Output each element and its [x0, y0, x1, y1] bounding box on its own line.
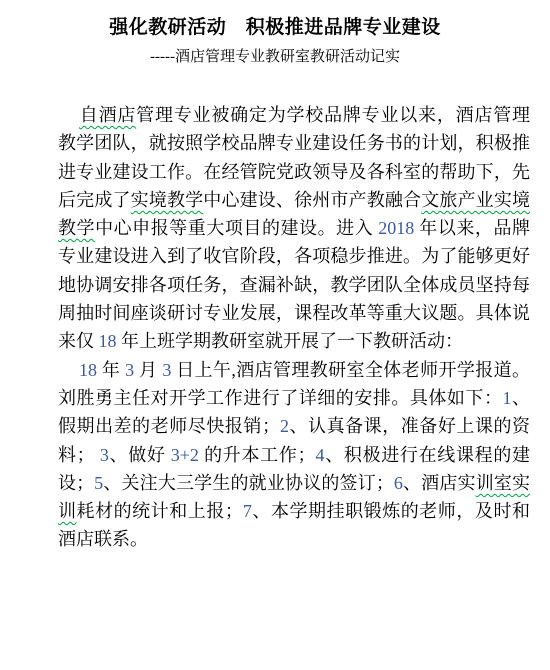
text-line: 来仅 18 年上班学期教研室就开展了一下教研活动：	[58, 327, 530, 355]
text-line: 周抽时间座谈研讨专业发展，课程改革等重大议题。具体说	[58, 299, 530, 327]
text-segment: 料；	[58, 445, 100, 465]
text-segment: 、	[511, 388, 530, 408]
text-line: 进专业建设工作。在经管院党政领导及各科室的帮助下，先	[58, 158, 530, 186]
document-body: 自酒店管理专业被确定为学校品牌专业以来，酒店管理教学团队，就按照学校品牌专业建设…	[58, 101, 530, 554]
text-segment: 耗材的统计和上报；	[77, 501, 243, 521]
numeric-text: 18	[79, 360, 97, 380]
numeric-text: 7	[243, 501, 252, 521]
text-segment: 假期出差的老师尽快报销；	[58, 416, 280, 436]
text-line: 假期出差的老师尽快报销；2、认真备课，准备好上课的资	[58, 412, 530, 440]
text-segment: 年以来，品牌	[414, 218, 530, 238]
text-segment: 后完成了	[58, 190, 131, 210]
numeric-text: 5	[94, 473, 103, 493]
text-segment: 、酒店实	[403, 473, 476, 493]
text-segment: 周抽时间座谈研讨专业发展，课程改革等重大议题。具体说	[58, 303, 530, 323]
text-line: 地协调安排各项任务，查漏补缺，教学团队全体成员坚持每	[58, 271, 530, 299]
text-segment: 、关注大三学生的就业协议的签订；	[103, 473, 394, 493]
text-line: 酒店联系。	[58, 525, 530, 553]
text-line: 训耗材的统计和上报；7、本学期挂职锻炼的老师，及时和	[58, 497, 530, 525]
numeric-text: 2	[280, 416, 289, 436]
text-segment: 月	[134, 360, 162, 380]
spellcheck-underlined-text: 文旅产业实境	[421, 190, 530, 210]
text-segment: 年	[97, 360, 125, 380]
spellcheck-underlined-text: 教学	[58, 218, 95, 238]
text-segment: 、本学期挂职锻炼的老师，及时和	[252, 501, 530, 521]
numeric-text: 3	[162, 360, 171, 380]
page-subtitle: -----酒店管理专业教研室教研活动记实	[0, 47, 550, 68]
text-line: 自酒店管理专业被确定为学校品牌专业以来，酒店管理	[58, 101, 530, 129]
paragraph: 18 年 3 月 3 日上午,酒店管理教研室全体老师开学报道。刘胜勇主任对开学工…	[58, 356, 530, 554]
text-segment: 年上班学期教研室就开展了一下教研活动：	[117, 331, 464, 351]
document-page: 强化教研活动 积极推进品牌专业建设 -----酒店管理专业教研室教研活动记实 自…	[0, 0, 550, 670]
text-segment: 的升本工作；	[199, 445, 316, 465]
numeric-text: 4	[316, 445, 325, 465]
text-segment: 酒店联系。	[58, 529, 148, 549]
text-segment: 、认真备课，准备好上课的资	[289, 416, 530, 436]
text-line: 设；5、关注大三学生的就业协议的签订；6、酒店实训室实	[58, 469, 530, 497]
text-line: 专业建设进入到了收官阶段，各项稳步推进。为了能够更好	[58, 242, 530, 270]
text-segment: 教学团队，就按照学校品牌专业建设任务书的计划，积极推	[58, 133, 530, 153]
text-segment: 、积极进行在线课程的建	[325, 445, 531, 465]
spellcheck-underlined-text: 自酒店	[79, 105, 136, 125]
spellcheck-underlined-text: 训室实	[476, 473, 530, 493]
page-title: 强化教研活动 积极推进品牌专业建设	[0, 0, 550, 41]
numeric-text: 2018	[378, 218, 414, 238]
numeric-text: 3	[100, 445, 109, 465]
numeric-text: 3	[125, 360, 134, 380]
text-segment: 刘胜勇主任对开学工作进行了详细的安排。具体如下：	[58, 388, 502, 408]
numeric-text: 18	[99, 331, 117, 351]
paragraph: 自酒店管理专业被确定为学校品牌专业以来，酒店管理教学团队，就按照学校品牌专业建设…	[58, 101, 530, 356]
text-segment: 专业建设进入到了收官阶段，各项稳步推进。为了能够更好	[58, 246, 530, 266]
text-segment: 、做好	[109, 445, 171, 465]
text-segment: 来仅	[58, 331, 99, 351]
spellcheck-underlined-text: 训	[58, 501, 77, 521]
numeric-text: 3+2	[171, 445, 199, 465]
numeric-text: 6	[394, 473, 403, 493]
text-segment: 中心建设、徐州市产教融合	[203, 190, 421, 210]
text-line: 18 年 3 月 3 日上午,酒店管理教研室全体老师开学报道。	[58, 356, 530, 384]
text-segment: 地协调安排各项任务，查漏补缺，教学团队全体成员坚持每	[58, 275, 530, 295]
text-line: 后完成了实境教学中心建设、徐州市产教融合文旅产业实境	[58, 186, 530, 214]
text-line: 料； 3、做好 3+2 的升本工作；4、积极进行在线课程的建	[58, 441, 530, 469]
text-segment: 中心申报等重大项目的建设。进入	[95, 218, 378, 238]
text-segment: 日上午,酒店管理教研室全体老师开学报道。	[171, 360, 530, 380]
text-segment: 管理专业被确定为学校品牌专业以来，酒店管理	[136, 105, 530, 125]
text-line: 教学团队，就按照学校品牌专业建设任务书的计划，积极推	[58, 129, 530, 157]
text-segment: 设；	[58, 473, 94, 493]
text-segment: 进专业建设工作。在经管院党政领导及各科室的帮助下，先	[58, 162, 530, 182]
text-line: 刘胜勇主任对开学工作进行了详细的安排。具体如下：1、	[58, 384, 530, 412]
spellcheck-underlined-text: 实境教学	[131, 190, 204, 210]
text-line: 教学中心申报等重大项目的建设。进入 2018 年以来，品牌	[58, 214, 530, 242]
